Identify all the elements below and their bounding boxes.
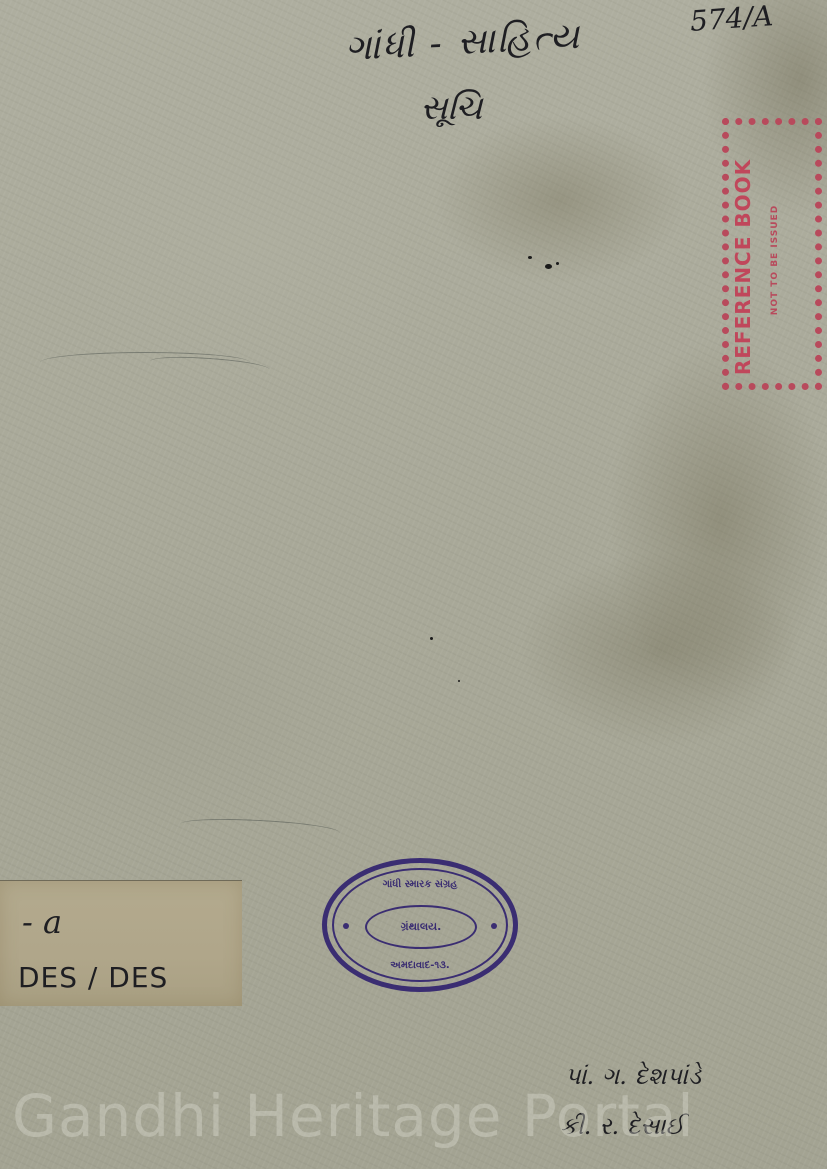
shelf-label: - a DES / DES: [0, 880, 242, 1006]
title-line-1: ગાંધી - સાહિત્ય: [344, 16, 582, 70]
ink-speck: [430, 637, 433, 640]
stamp-bottom-text: અમદાવાદ-૧૩.: [327, 960, 513, 971]
shelf-label-line-1: - a: [22, 903, 62, 941]
paper-crease: [150, 354, 271, 377]
stamp-center-text: ગ્રંથાલય.: [367, 920, 475, 934]
reference-book-stamp: REFERENCE BOOK NOT TO BE ISSUED: [722, 118, 822, 390]
scanned-page: ગાંધી - સાહિત્ય સૂચિ 574/A REFERENCE BOO…: [0, 0, 827, 1169]
ink-speck: [545, 264, 552, 269]
watermark: Gandhi Heritage Portal: [12, 1082, 695, 1150]
reference-stamp-sub-text: NOT TO BE ISSUED: [770, 135, 780, 385]
reference-stamp-main-text: REFERENCE BOOK: [731, 142, 755, 392]
stamp-outer-text: ગાંધી સ્મારક સંગ્રહ: [327, 879, 513, 890]
ink-speck: [458, 680, 460, 682]
ink-speck: [556, 262, 559, 265]
call-number: 574/A: [689, 0, 774, 38]
library-oval-stamp: ગાંધી સ્મારક સંગ્રહ ગ્રંથાલય. અમદાવાદ-૧૩…: [322, 858, 518, 992]
stamp-dot-right: [491, 923, 497, 929]
paper-crease: [180, 816, 341, 841]
shelf-label-line-2: DES / DES: [18, 961, 168, 994]
title-line-2: સૂચિ: [420, 88, 482, 128]
stamp-dot-left: [343, 923, 349, 929]
stamp-inner-oval: ગ્રંથાલય.: [365, 905, 477, 949]
ink-speck: [528, 256, 532, 259]
